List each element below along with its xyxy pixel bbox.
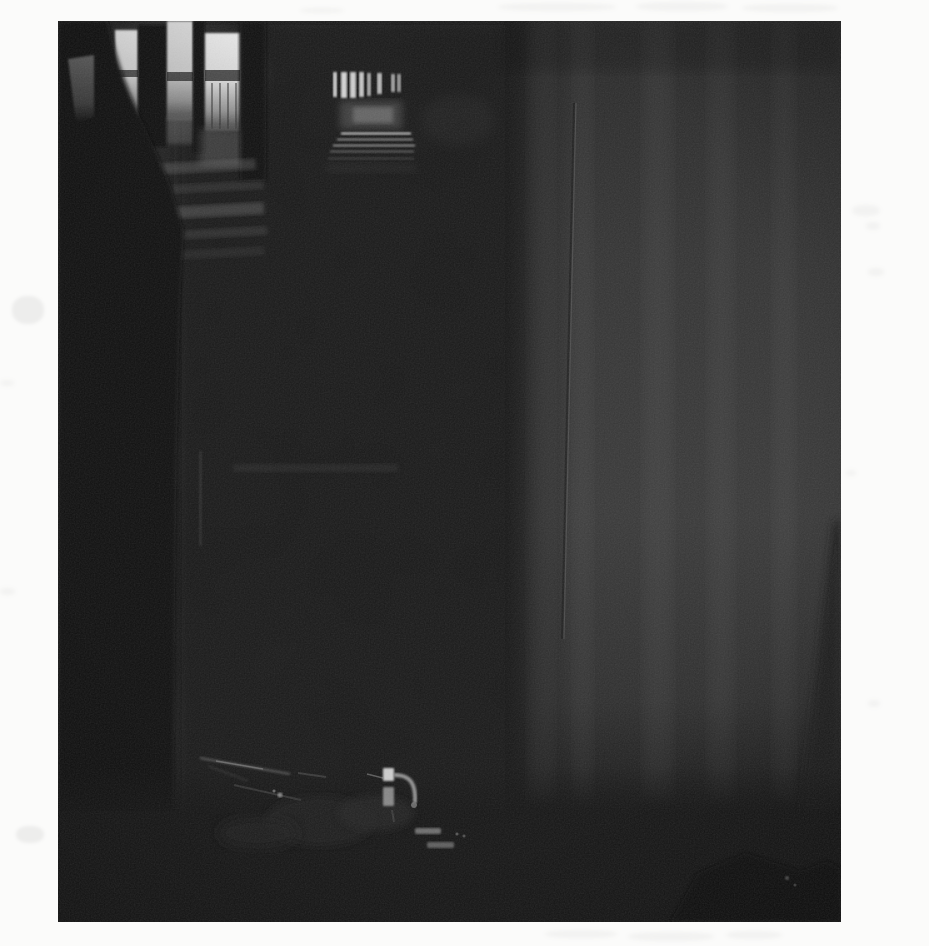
industrial-hall-photo (58, 21, 841, 922)
film-grain (58, 21, 841, 922)
bleedthrough-mark (628, 932, 714, 941)
bleedthrough-mark (0, 380, 14, 386)
bleedthrough-mark (866, 222, 880, 230)
bleedthrough-mark (300, 8, 344, 13)
bleedthrough-mark (852, 205, 880, 216)
bleedthrough-mark (12, 296, 44, 324)
bleedthrough-mark (545, 930, 617, 938)
bleedthrough-mark (636, 2, 728, 11)
scanned-page (0, 0, 929, 946)
bleedthrough-mark (498, 3, 616, 11)
bleedthrough-mark (726, 931, 782, 939)
bleedthrough-mark (16, 826, 44, 843)
bleedthrough-mark (742, 4, 838, 12)
bleedthrough-mark (0, 588, 15, 595)
bleedthrough-mark (868, 268, 884, 276)
bleedthrough-mark (868, 700, 880, 707)
photo-frame (58, 21, 841, 922)
bleedthrough-mark (846, 470, 856, 476)
